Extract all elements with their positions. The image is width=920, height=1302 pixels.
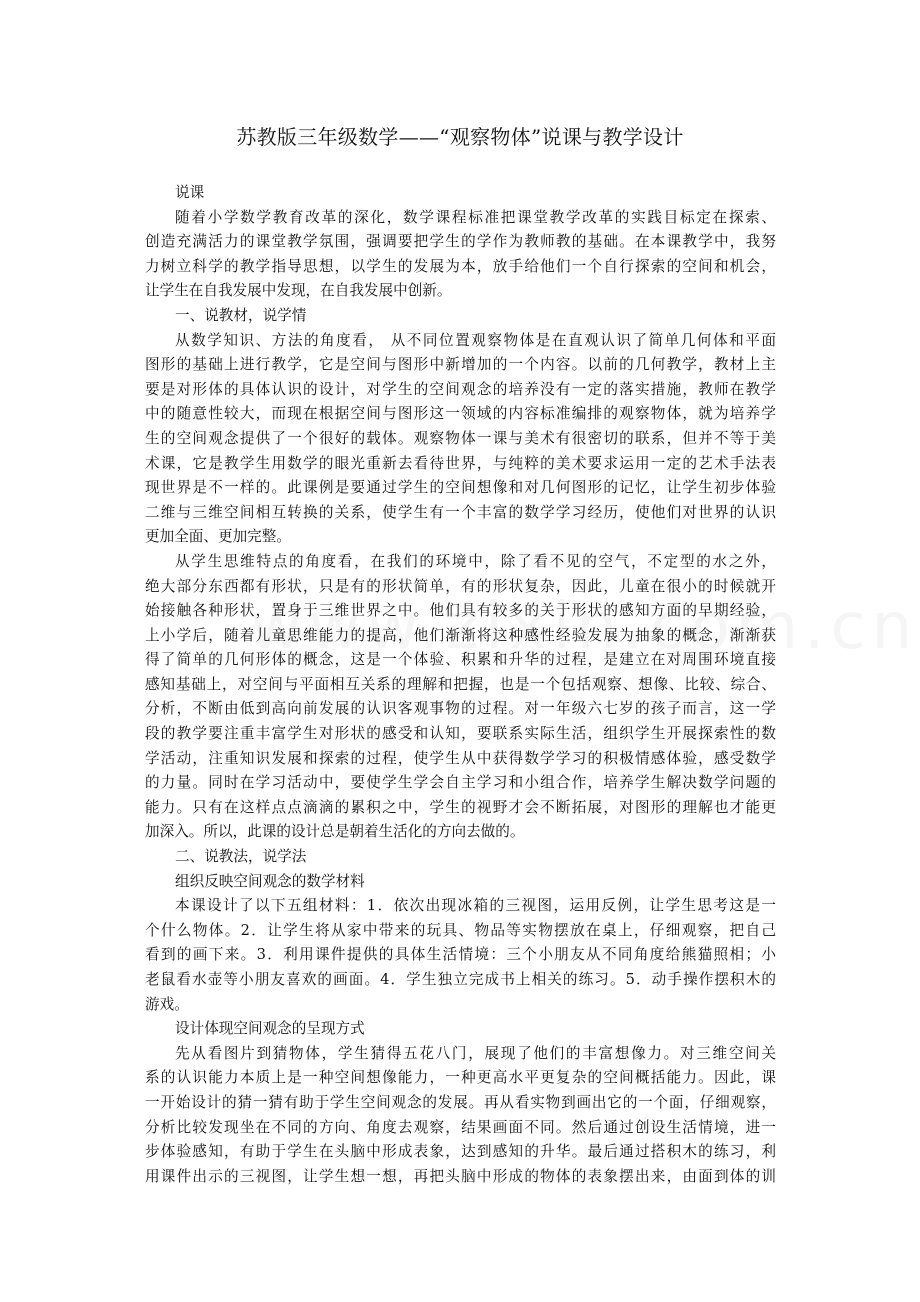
document-title: 苏教版三年级数学——“观察物体”说课与教学设计 — [0, 122, 920, 152]
paragraph-line: 看到的画下来。3．利用课件提供的具体生活情境：三个小朋友从不同角度给熊猫照相；小 — [145, 943, 776, 968]
paragraph-line: 从学生思维特点的角度看，在我们的环境中，除了看不见的空气，不定型的水之外， — [145, 550, 776, 575]
paragraph-line: 图形的基础上进行教学，它是空间与图形中新增加的一个内容。以前的几何教学，教材上主 — [145, 353, 776, 378]
paragraph-line: 一开始设计的猜一猜有助于学生空间观念的发展。再从看实物到画出它的一个面，仔细观察… — [145, 1091, 776, 1116]
paragraph-line: 让学生在自我发展中发现，在自我发展中创新。 — [145, 279, 776, 304]
paragraph-line: 中的随意性较大，而现在根据空间与图形这一领域的内容标准编排的观察物体，就为培养学 — [145, 402, 776, 427]
paragraph-line: 步体验感知，有助于学生在头脑中形成表象，达到感知的升华。最后通过搭积木的练习，利 — [145, 1140, 776, 1165]
paragraph-line: 术课，它是教学生用数学的眼光重新去看待世界，与纯粹的美术要求运用一定的艺术手法表 — [145, 452, 776, 477]
paragraph-line: 随着小学数学教育改革的深化，数学课程标准把课堂教学改革的实践目标定在探索、 — [145, 206, 776, 231]
paragraph-line: 本课设计了以下五组材料：1．依次出现冰箱的三视图，运用反例，让学生思考这是一 — [145, 894, 776, 919]
paragraph-line: 生的空间观念提供了一个很好的载体。观察物体一课与美术有很密切的联系，但并不等于美 — [145, 427, 776, 452]
paragraph-line: 创造充满活力的课堂教学氛围，强调要把学生的学作为教师教的基础。在本课教学中，我努 — [145, 230, 776, 255]
paragraph-line: 要是对形体的具体认识的设计，对学生的空间观念的培养没有一定的落实措施，教师在教学 — [145, 378, 776, 403]
paragraph-line: 感知基础上，对空间与平面相互关系的理解和把握，也是一个包括观察、想像、比较、综合… — [145, 673, 776, 698]
paragraph-line: 用课件出示的三视图，让学生想一想，再把头脑中形成的物体的表象摆出来，由面到体的训 — [145, 1165, 776, 1190]
paragraph-line: 得了简单的几何形体的概念，这是一个体验、积累和升华的过程，是建立在对周围环境直接 — [145, 648, 776, 673]
paragraph-line: 组织反映空间观念的数学材料 — [145, 870, 776, 895]
paragraph-line: 加深入。所以，此课的设计总是朝着生活化的方向去做的。 — [145, 820, 776, 845]
paragraph-line: 二维与三维空间相互转换的关系，使学生有一个丰富的数学学习经历，使他们对世界的认识 — [145, 501, 776, 526]
paragraph-line: 老鼠看水壶等小朋友喜欢的画面。4．学生独立完成书上相关的练习。5．动手操作摆积木… — [145, 968, 776, 993]
paragraph-line: 一、说教材，说学情 — [145, 304, 776, 329]
paragraph-line: 先从看图片到猜物体，学生猜得五花八门，展现了他们的丰富想像力。对三维空间关 — [145, 1042, 776, 1067]
paragraph-line: 学活动，注重知识发展和探索的过程，使学生从中获得数学学习的积极情感体验，感受数学 — [145, 747, 776, 772]
paragraph-line: 上小学后，随着儿童思维能力的提高，他们渐渐将这种感性经验发展为抽象的概念，渐渐获 — [145, 624, 776, 649]
paragraph-line: 更加全面、更加完整。 — [145, 525, 776, 550]
document-page: 苏教版三年级数学——“观察物体”说课与教学设计 www.zixin.com.cn… — [0, 0, 920, 1302]
paragraph-line: 的力量。同时在学习活动中，要使学生学会自主学习和小组合作，培养学生解决数学问题的 — [145, 771, 776, 796]
paragraph-line: 设计体现空间观念的呈现方式 — [145, 1017, 776, 1042]
paragraph-line: 能力。只有在这样点点滴滴的累积之中，学生的视野才会不断拓展，对图形的理解也才能更 — [145, 796, 776, 821]
paragraph-line: 游戏。 — [145, 993, 776, 1018]
paragraph-line: 绝大部分东西都有形状，只是有的形状简单，有的形状复杂，因此，儿童在很小的时候就开 — [145, 575, 776, 600]
paragraph-line: 分析，不断由低到高向前发展的认识客观事物的过程。对一年级六七岁的孩子而言，这一学 — [145, 697, 776, 722]
paragraph-line: 说课 — [145, 181, 776, 206]
paragraph-line: 现世界是不一样的。此课例是要通过学生的空间想像和对几何图形的记忆，让学生初步体验 — [145, 476, 776, 501]
document-body: 说课随着小学数学教育改革的深化，数学课程标准把课堂教学改革的实践目标定在探索、创… — [145, 181, 776, 1189]
paragraph-line: 分析比较发现坐在不同的方向、角度去观察，结果画面不同。然后通过创设生活情境，进一 — [145, 1116, 776, 1141]
paragraph-line: 从数学知识、方法的角度看， 从不同位置观察物体是在直观认识了简单几何体和平面 — [145, 329, 776, 354]
paragraph-line: 个什么物体。2．让学生将从家中带来的玩具、物品等实物摆放在桌上，仔细观察，把自己 — [145, 919, 776, 944]
paragraph-line: 系的认识能力本质上是一种空间想像能力，一种更高水平更复杂的空间概括能力。因此，课 — [145, 1066, 776, 1091]
paragraph-line: 始接触各种形状，置身于三维世界之中。他们具有较多的关于形状的感知方面的早期经验， — [145, 599, 776, 624]
paragraph-line: 段的教学要注重丰富学生对形状的感受和认知，要联系实际生活，组织学生开展探索性的数 — [145, 722, 776, 747]
paragraph-line: 力树立科学的教学指导思想，以学生的发展为本，放手给他们一个自行探索的空间和机会， — [145, 255, 776, 280]
paragraph-line: 二、说教法，说学法 — [145, 845, 776, 870]
